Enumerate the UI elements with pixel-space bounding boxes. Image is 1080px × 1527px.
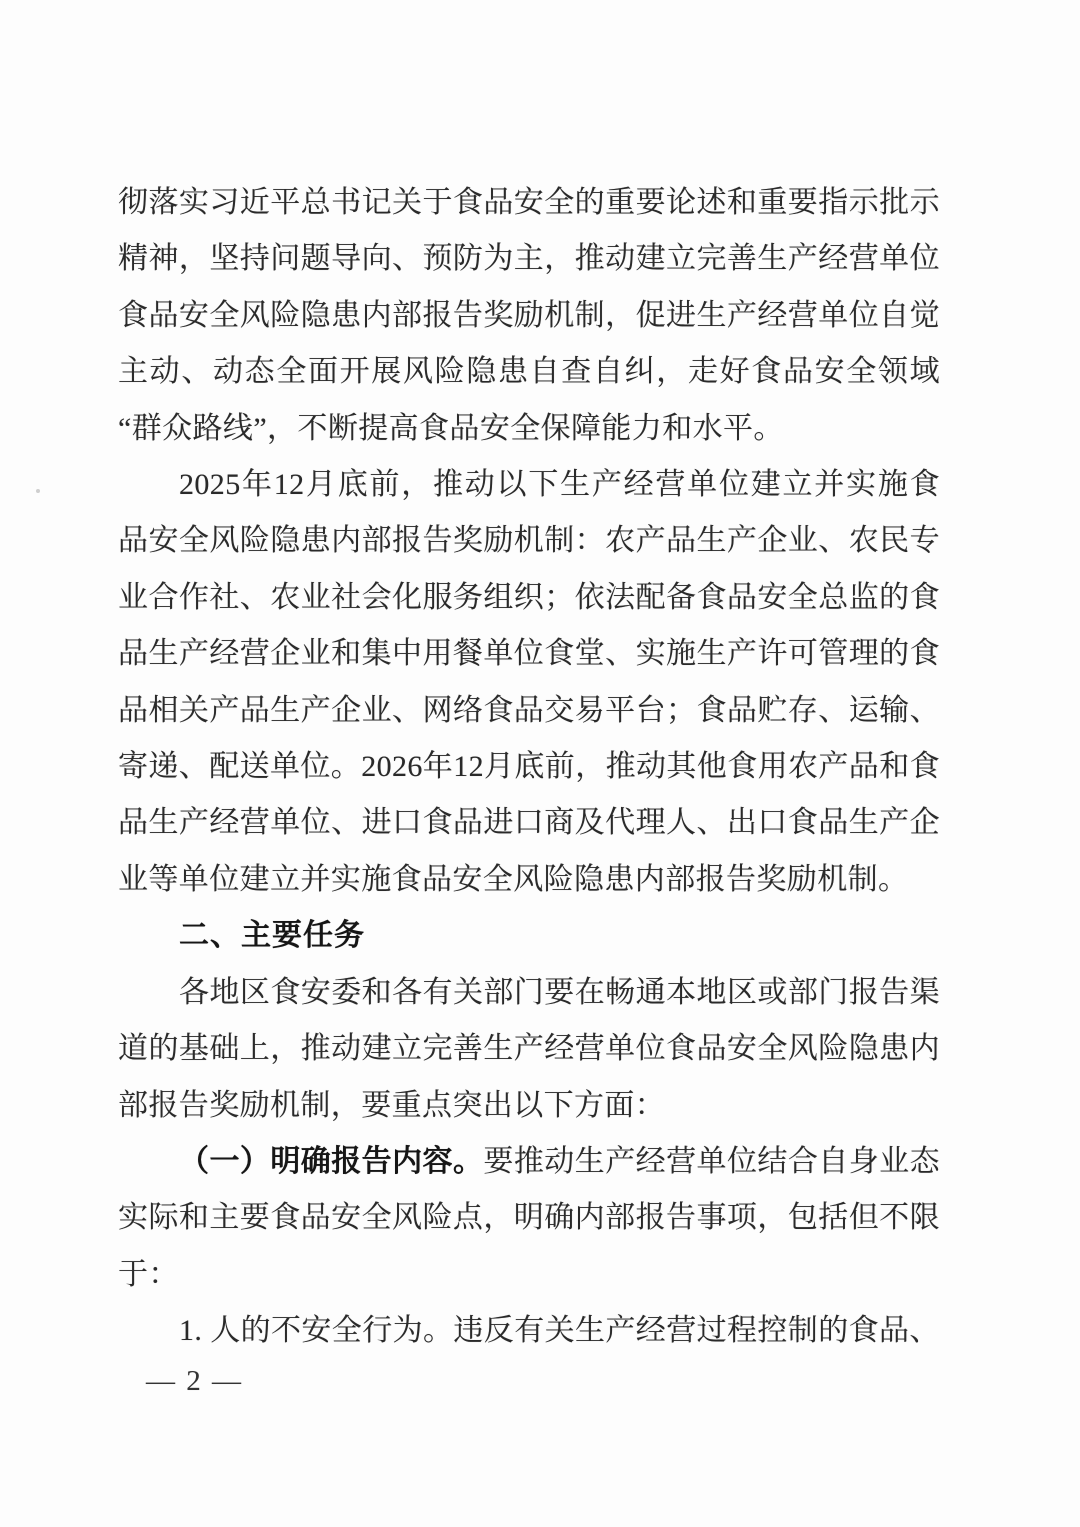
subitem-1-text: 违反有关生产经营过程控制的食品、 (453, 1314, 939, 1347)
document-body: 彻落实习近平总书记关于食品安全的重要论述和重要指示批示精神，坚持问题导向、预防为… (118, 175, 940, 1360)
document-page: 彻落实习近平总书记关于食品安全的重要论述和重要指示批示精神，坚持问题导向、预防为… (0, 0, 1080, 1527)
paragraph-continuation: 彻落实习近平总书记关于食品安全的重要论述和重要指示批示精神，坚持问题导向、预防为… (118, 175, 940, 457)
section-heading-main-tasks: 二、主要任务 (118, 908, 940, 964)
item-one-lead: （一）明确报告内容。 (179, 1145, 483, 1178)
paragraph-deadlines: 2025年12月底前，推动以下生产经营单位建立并实施食品安全风险隐患内部报告奖励… (118, 457, 940, 908)
paragraph-subitem-1: 1. 人的不安全行为。违反有关生产经营过程控制的食品、 (118, 1303, 940, 1359)
scan-artifact (36, 489, 40, 493)
paragraph-tasks-intro: 各地区食安委和各有关部门要在畅通本地区或部门报告渠道的基础上，推动建立完善生产经… (118, 965, 940, 1134)
page-number: — 2 — (146, 1366, 243, 1396)
paragraph-item-one: （一）明确报告内容。要推动生产经营单位结合自身业态实际和主要食品安全风险点，明确… (118, 1134, 940, 1303)
subitem-1-lead: 1. 人的不安全行为。 (179, 1314, 453, 1347)
